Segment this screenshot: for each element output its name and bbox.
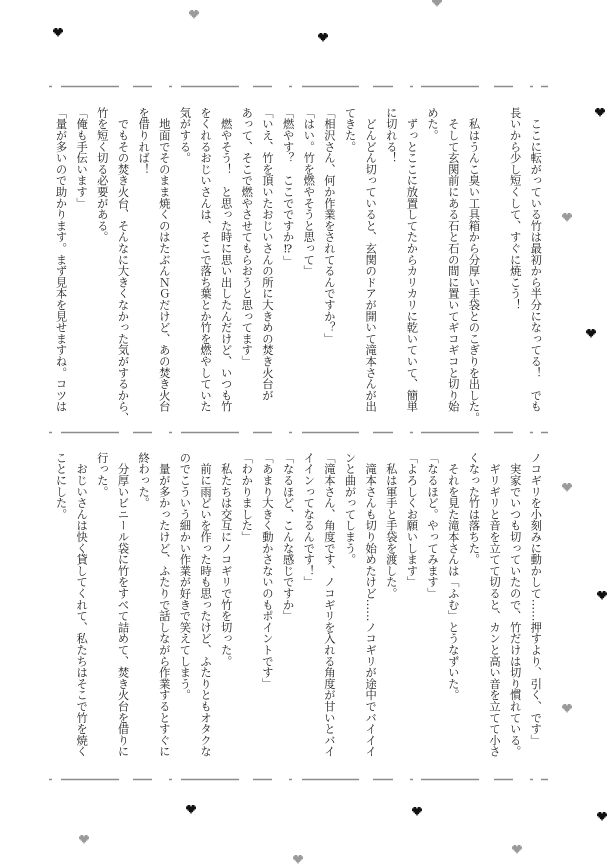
text-line: くなった竹は落ちた。 <box>463 452 484 757</box>
dialogue-line: 「よろしくお願いします」 <box>401 452 422 757</box>
dialogue-line: 「あまり大きく動かさないのもポイントです」 <box>256 452 277 757</box>
text-line: 私はうんこ臭い工具箱から分厚い手袋とのこぎりを出した。 <box>463 107 484 412</box>
text-line: どんどん切っていると、玄関のドアが開いて滝本さんが出 <box>360 107 381 412</box>
heart-icon <box>318 33 328 42</box>
bottom-rule <box>0 778 608 781</box>
text-line: 分厚いビニール袋に竹をすべて詰めて、焚き火台を借りに <box>112 452 133 757</box>
text-line: 竹を短く切る必要がある。 <box>91 107 112 412</box>
dialogue-line: ノコギリを小刻みに動かして……押すより、引く、です」 <box>525 452 546 757</box>
blank-line <box>483 107 504 412</box>
text-line: ずっとここに放置してたからカリカリに乾いていて、簡単 <box>401 107 422 412</box>
dialogue-line: 「なるほど。やってみます」 <box>421 452 442 757</box>
text-line: 前に雨どいを作った時も思ったけど、ふたりともオタクな <box>194 452 215 757</box>
text-line: 終わった。 <box>132 452 153 757</box>
dialogue-line: あって、そこで燃やさせてもらおうと思ってます」 <box>236 107 257 412</box>
lower-text-tier: ノコギリを小刻みに動かして……押すより、引く、です」 実家でいつも切っていたので… <box>50 452 546 757</box>
text-line: に切れる！ <box>380 107 401 412</box>
heart-icon <box>597 591 607 600</box>
heart-icon <box>53 28 63 37</box>
text-line: 私たちは交互にノコギリで竹を切った。 <box>215 452 236 757</box>
heart-icon <box>189 10 199 19</box>
heart-icon <box>293 855 303 864</box>
text-line: ギリギリと音を立てて切ると、カンと高い音を立てて小さ <box>483 452 504 757</box>
text-line: ここに転がっている竹は最初から半分になってる！ でも <box>525 107 546 412</box>
text-line: 滝本さんも切り始めたけど……ノコギリが途中でバイイイ <box>360 452 381 757</box>
text-line: ンと曲がってしまう。 <box>339 452 360 757</box>
text-line: 地面でそのまま焼くのはたぶんＮＧだけど、あの焚き火台 <box>153 107 174 412</box>
heart-icon <box>186 805 196 814</box>
text-line: 燃やそう！ と思った時に思い出したんだけど、いつも竹 <box>215 107 236 412</box>
heart-icon <box>562 483 572 492</box>
heart-icon <box>432 0 442 7</box>
dialogue-line: 「はい。竹を燃やそうと思って」 <box>298 107 319 412</box>
text-line: でもその焚き火台、そんなに大きくなかった気がするから、 <box>112 107 133 412</box>
heart-icon <box>512 845 522 854</box>
text-line: それを見た滝本さんは「ふむ」とうなずいた。 <box>442 452 463 757</box>
text-line: 気がする。 <box>174 107 195 412</box>
dialogue-line: 「量が多いので助かります。まず見本を見せますね。コツは <box>50 107 71 412</box>
top-rule <box>0 85 608 88</box>
dialogue-line: 「滝本さん、角度です、ノコギリを入れる角度が甘いとバイ <box>318 452 339 757</box>
dialogue-line: 「俺も手伝います」 <box>71 107 92 412</box>
text-line: 長いから少し短くして、すぐに焼こう！ <box>504 107 525 412</box>
text-line: おじいさんは快く貸してくれて、私たちはそこで竹を焼く <box>71 452 92 757</box>
heart-icon <box>412 807 422 816</box>
heart-icon <box>586 329 596 338</box>
text-line: 量が多かったけど、ふたりで話しながら作業するとすぐに <box>153 452 174 757</box>
upper-text-tier: ここに転がっている竹は最初から半分になってる！ でも 長いから少し短くして、すぐ… <box>50 107 546 412</box>
heart-icon <box>595 108 605 117</box>
dialogue-line: 「なるほど、こんな感じですか」 <box>277 452 298 757</box>
text-line: そして玄関前にある石と石の間に置いてギコギコと切り始 <box>442 107 463 412</box>
heart-icon <box>597 812 607 821</box>
dialogue-line: 「いえ、竹を頂いたおじいさんの所に大きめの焚き火台が <box>256 107 277 412</box>
book-page: ここに転がっている竹は最初から半分になってる！ でも 長いから少し短くして、すぐ… <box>0 0 608 864</box>
text-line: めた。 <box>421 107 442 412</box>
text-line: のでこういう細かい作業が好きで笑えてしまう。 <box>174 452 195 757</box>
text-line: ことにした。 <box>50 452 71 757</box>
text-line: てきた。 <box>339 107 360 412</box>
dialogue-line: 「燃やす？ ここでですか⁉」 <box>277 107 298 412</box>
dialogue-line: 「わかりました」 <box>236 452 257 757</box>
text-line: 行った。 <box>91 452 112 757</box>
text-line: を借りれば！ <box>132 107 153 412</box>
heart-icon <box>562 213 572 222</box>
heart-icon <box>562 704 572 713</box>
text-line: 実家でいつも切っていたので、竹だけは切り慣れている。 <box>504 452 525 757</box>
middle-rule <box>0 431 608 434</box>
dialogue-line: 「相沢さん、何か作業をされてるんですか？」 <box>318 107 339 412</box>
heart-icon <box>79 835 89 844</box>
text-line: をくれるおじいさんは、そこで落ち葉とか竹を燃やしていた <box>194 107 215 412</box>
text-line: 私は軍手と手袋を渡した。 <box>380 452 401 757</box>
dialogue-line: イインってなるんです！」 <box>298 452 319 757</box>
